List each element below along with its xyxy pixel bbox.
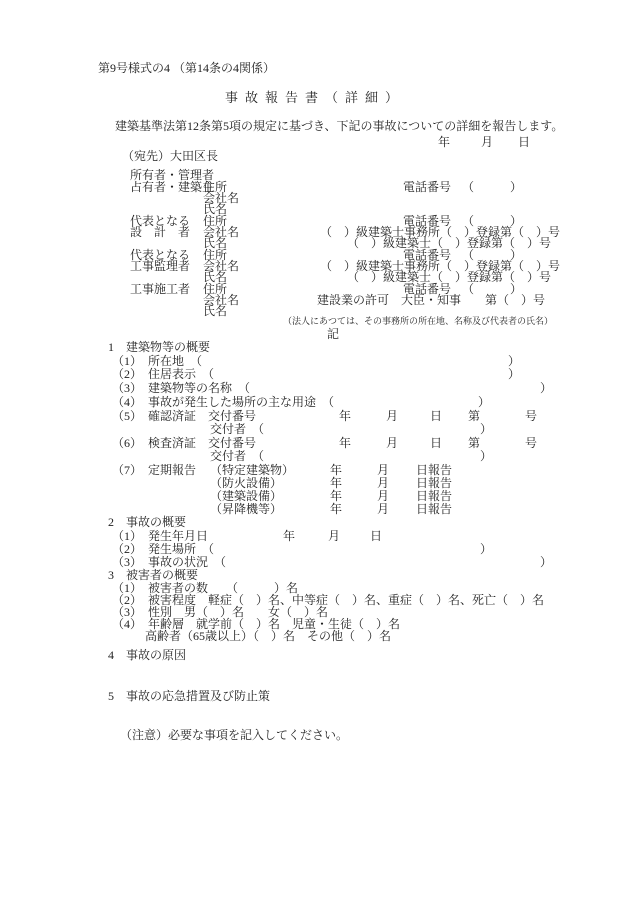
- number-prefix-label: 第: [468, 437, 480, 450]
- section2-heading: 2 事故の概要: [108, 516, 186, 529]
- addressee: （宛先）大田区長: [122, 150, 218, 163]
- day-label: 日: [430, 437, 442, 450]
- year-label: 年: [330, 503, 342, 516]
- date-month-label: 月: [481, 136, 493, 149]
- name-field-label: 氏名: [203, 305, 227, 318]
- report-target-elevator: （昇降機等）: [210, 503, 282, 516]
- corporation-note: （法人にあつては、その事務所の所在地、名称及び代表者の氏名）: [283, 317, 553, 327]
- closing-paren: ）: [480, 423, 492, 436]
- item-age-group-continued: 高齢者（65歳以上）（ ）名 その他（ ）名: [145, 630, 391, 643]
- year-label: 年: [339, 437, 351, 450]
- item-periodic-report: （7） 定期報告: [112, 464, 196, 477]
- contractor-label: 工事施工者: [130, 283, 190, 296]
- number-prefix-label: 第: [468, 410, 480, 423]
- year-label: 年: [339, 410, 351, 423]
- closing-paren: ）: [540, 556, 552, 569]
- caution-note: （注意）必要な事項を記入してください。: [120, 729, 348, 742]
- issuer-line: 交付者 （: [210, 450, 264, 463]
- closing-paren: ）: [540, 382, 552, 395]
- intro-sentence: 建築基準法第12条第5項の規定に基づき、下記の事故についての詳細を報告します。: [115, 120, 563, 133]
- month-label: 月: [328, 530, 340, 543]
- month-label: 月: [386, 437, 398, 450]
- phone-blank: （ ）: [462, 181, 522, 194]
- phone-label: 電話番号: [403, 181, 451, 194]
- supervisor-label: 工事監理者: [130, 260, 190, 273]
- item-building-name: （3） 建築物等の名称 （: [112, 382, 250, 395]
- date-year-label: 年: [438, 136, 450, 149]
- day-label: 日: [430, 410, 442, 423]
- section4-heading: 4 事故の原因: [108, 649, 186, 662]
- month-label: 月: [386, 410, 398, 423]
- form-number: 第9号様式の4 （第14条の4関係）: [98, 62, 275, 75]
- closing-paren: ）: [478, 396, 490, 409]
- closing-paren: ）: [480, 543, 492, 556]
- designer-label: 設 計 者: [130, 226, 190, 239]
- number-suffix-label: 号: [525, 437, 537, 450]
- day-label: 日: [370, 530, 382, 543]
- section1-heading: 1 建築物等の概要: [108, 341, 210, 354]
- day-report-label: 日報告: [416, 503, 452, 516]
- year-label: 年: [283, 530, 295, 543]
- construction-permit: 建設業の許可 大臣・知事 第（ ）号: [317, 294, 545, 307]
- document-title: 事故報告書（詳細）: [0, 91, 630, 105]
- occupant-builder-label: 占有者・建築主: [130, 181, 214, 194]
- number-suffix-label: 号: [525, 410, 537, 423]
- accident-report-form-page: 第9号様式の4 （第14条の4関係） 事故報告書（詳細） 建築基準法第12条第5…: [0, 0, 630, 903]
- date-day-label: 日: [518, 136, 530, 149]
- month-label: 月: [377, 503, 389, 516]
- ki-heading: 記: [327, 328, 339, 341]
- closing-paren: ）: [508, 368, 520, 381]
- section5-heading: 5 事故の応急措置及び防止策: [108, 690, 270, 703]
- issuer-line: 交付者 （: [210, 423, 264, 436]
- closing-paren: ）: [480, 450, 492, 463]
- item-accident-place-use: （4） 事故が発生した場所の主な用途 （: [112, 396, 334, 409]
- item-address-display: （2） 住居表示 （: [112, 368, 214, 381]
